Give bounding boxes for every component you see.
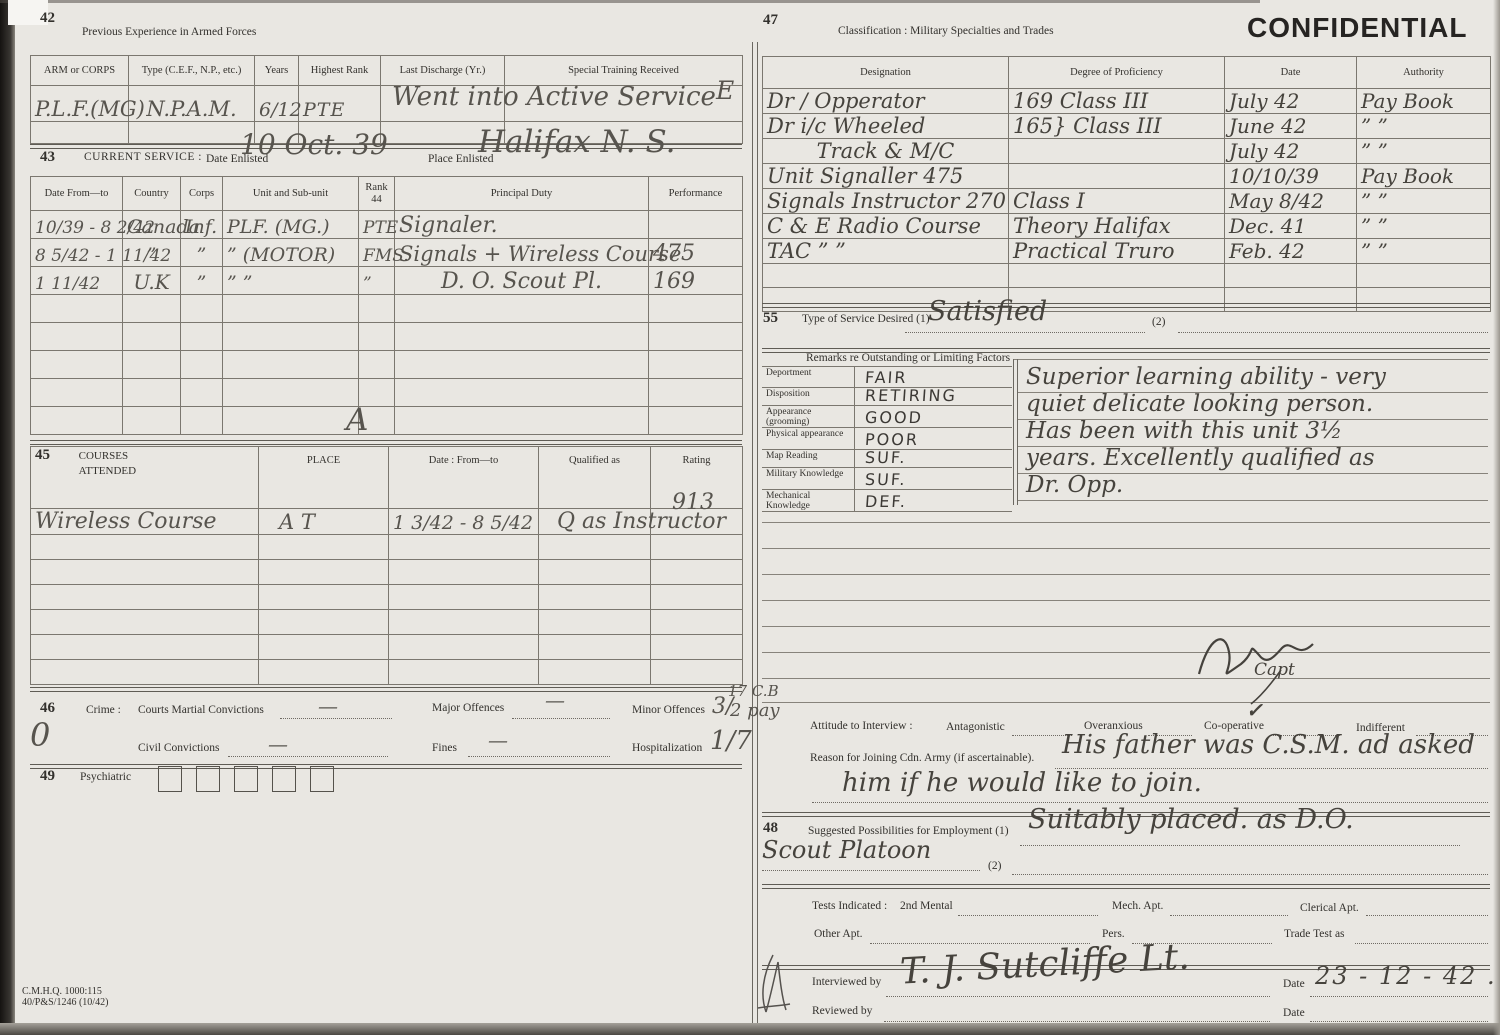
empty-cell — [539, 660, 651, 685]
trade-test-line — [1355, 941, 1488, 944]
handwriting-special-training: Went into Active Service — [392, 82, 716, 112]
cell-place: A T — [259, 509, 389, 535]
empty-cell — [539, 560, 651, 585]
scan-left-edge — [0, 0, 15, 1035]
empty-cell — [31, 635, 259, 660]
empty-cell — [259, 660, 389, 685]
empty-cell — [259, 585, 389, 610]
reviewed-by-line — [884, 1019, 1270, 1022]
mech-apt-label: Mech. Apt. — [1112, 900, 1163, 912]
remarks-row-mechanical-knowledge: Mechanical Knowledge DEF. — [762, 490, 1012, 512]
margin-initials-scribble — [748, 950, 798, 1020]
empty-cell — [31, 660, 259, 685]
cell-designation-6: C & E Radio Course — [763, 214, 1009, 239]
employment-line-2 — [1012, 872, 1488, 875]
minor-offences-label: Minor Offences — [632, 704, 705, 716]
empty-cell — [129, 122, 255, 144]
ruled-line — [762, 600, 1490, 601]
ruled-line — [762, 702, 1490, 703]
cell-arm: P.L.F.(MG) — [31, 86, 129, 122]
form-number-line-1: C.M.H.Q. 1000:115 — [22, 986, 102, 997]
cell-designation-2: Dr i/c Wheeled — [763, 114, 1009, 139]
empty-cell — [395, 379, 649, 407]
header-rank-44: Rank44 — [359, 177, 395, 211]
cell-date-1: 10/39 - 8 2/42 — [31, 211, 123, 239]
ruled-line — [762, 626, 1490, 627]
cell-country-3: U.K — [123, 267, 181, 295]
cell-rank: PTE — [299, 86, 381, 122]
empty-cell — [389, 585, 539, 610]
empty-cell — [649, 351, 743, 379]
cell-proficiency-7: Practical Truro — [1009, 239, 1225, 264]
mech-apt-line — [1170, 913, 1288, 916]
cell-proficiency-3 — [1009, 139, 1225, 164]
scan-top-edge — [0, 0, 1260, 3]
empty-cell — [259, 635, 389, 660]
remarks-row-disposition: Disposition RETIRING — [762, 388, 1012, 406]
empty-cell — [389, 560, 539, 585]
hospitalization-label: Hospitalization — [632, 742, 702, 754]
table-47-row-3: Track & M/C July 42 ” ” — [763, 139, 1491, 164]
form-number-line-2: 40/P&S/1246 (10/42) — [22, 997, 108, 1008]
type-of-service-line-2 — [1178, 330, 1488, 333]
header-place: PLACE — [259, 447, 389, 509]
deportment-value: FAIR — [864, 368, 908, 387]
cell-authority-6: ” ” — [1357, 214, 1491, 239]
attitude-antagonistic: Antagonistic — [946, 721, 1005, 733]
empty-cell — [31, 351, 123, 379]
tests-indicated-label: Tests Indicated : — [812, 900, 887, 912]
table-45-courses: 45 COURSESATTENDED PLACE Date : From—to … — [30, 446, 743, 685]
empty-cell — [539, 535, 651, 560]
psychiatric-checkbox-3 — [234, 766, 258, 792]
scan-bottom-edge — [0, 1023, 1500, 1035]
major-offences-line — [512, 716, 610, 719]
handwriting-employment-1: Suitably placed. as D.O. — [1028, 804, 1354, 835]
header-highest-rank: Highest Rank — [299, 56, 381, 86]
remarks-row-map-reading: Map Reading SUF. — [762, 450, 1012, 468]
mechanical-knowledge-value: DEF. — [864, 492, 907, 511]
cell-country-1: Canada — [123, 211, 181, 239]
table-43-row-3: 1 11/42 U.K ” ” ” ” D. O. Scout Pl. 169 — [31, 267, 743, 295]
header-performance: Performance — [649, 177, 743, 211]
handwriting-crime-zero: 0 — [30, 716, 50, 754]
table-45-empty-row — [31, 585, 743, 610]
signature-rank-capt: Capt — [1254, 660, 1295, 680]
cell-date-3: 1 11/42 — [31, 267, 123, 295]
section-42-number: 42 — [40, 10, 55, 27]
remarks-row-physical: Physical appearance POOR — [762, 428, 1012, 450]
cell-perf-2: 475 — [649, 239, 743, 267]
remarks-underline-5 — [1018, 500, 1488, 501]
table-47-row-5: Signals Instructor 270 Class I May 8/42 … — [763, 189, 1491, 214]
empty-cell — [539, 610, 651, 635]
deportment-label: Deportment — [762, 367, 855, 387]
handwriting-minor-note-2: 2 pay — [730, 700, 780, 721]
table-47-header-row: Designation Degree of Proficiency Date A… — [763, 57, 1491, 89]
table-43-empty-row — [31, 379, 743, 407]
ruled-line — [762, 678, 1490, 679]
empty-cell — [1357, 264, 1491, 288]
handwriting-rating-913: 913 — [672, 490, 714, 515]
empty-cell — [539, 585, 651, 610]
cell-designation-5: Signals Instructor 270 — [763, 189, 1009, 214]
empty-cell — [181, 323, 223, 351]
header-date-from-to: Date From—to — [31, 177, 123, 211]
ruled-line — [762, 548, 1490, 549]
table-43-header-row: Date From—to Country Corps Unit and Sub-… — [31, 177, 743, 211]
empty-cell — [223, 407, 359, 435]
cell-duty-3: D. O. Scout Pl. — [395, 267, 649, 295]
table-43-empty-row — [31, 407, 743, 435]
table-47-specialties: Designation Degree of Proficiency Date A… — [762, 56, 1491, 312]
section-47-number: 47 — [763, 12, 778, 29]
table-47-row-6: C & E Radio Course Theory Halifax Dec. 4… — [763, 214, 1491, 239]
remarks-row-deportment: Deportment FAIR — [762, 367, 1012, 388]
cell-perf-1 — [649, 211, 743, 239]
header-unit-subunit: Unit and Sub-unit — [223, 177, 359, 211]
cell-authority-2: ” ” — [1357, 114, 1491, 139]
cell-qualified: Q as Instructor — [539, 509, 651, 535]
empty-cell — [359, 295, 395, 323]
date-line-2 — [1310, 1019, 1488, 1022]
table-45-empty-row — [31, 660, 743, 685]
employment-line-1 — [1020, 843, 1460, 846]
type-of-service-label-2: (2) — [1152, 316, 1165, 328]
employment-label-2: (2) — [988, 860, 1001, 872]
cooperative-checkmark: ✓ — [1246, 698, 1263, 722]
cell-date-3: July 42 — [1225, 139, 1357, 164]
empty-cell — [223, 379, 359, 407]
section-49-number: 49 — [40, 768, 55, 785]
fines-line — [468, 754, 610, 757]
header-qualified-as: Qualified as — [539, 447, 651, 509]
header-designation: Designation — [763, 57, 1009, 89]
empty-cell — [181, 295, 223, 323]
crime-label: Crime : — [86, 704, 121, 716]
handwriting-annotation-a: A — [346, 402, 368, 438]
cell-date-5: May 8/42 — [1225, 189, 1357, 214]
cell-designation-4: Unit Signaller 475 — [763, 164, 1009, 189]
empty-cell — [123, 351, 181, 379]
table-47-row-1: Dr / Opperator 169 Class III July 42 Pay… — [763, 89, 1491, 114]
empty-cell — [123, 379, 181, 407]
rule-below-43 — [30, 440, 742, 445]
table-43-empty-row — [31, 351, 743, 379]
reviewed-by-label: Reviewed by — [812, 1005, 872, 1017]
cell-proficiency-2: 165} Class III — [1009, 114, 1225, 139]
table-43-current-service: Date From—to Country Corps Unit and Sub-… — [30, 176, 743, 435]
map-reading-value: SUF. — [864, 448, 907, 467]
date-label-2: Date — [1283, 1007, 1305, 1019]
empty-cell — [649, 323, 743, 351]
remarks-text-line-1: Superior learning ability - very — [1026, 364, 1386, 390]
header-special-training: Special Training Received — [505, 56, 743, 86]
table-42-header-row: ARM or CORPS Type (C.E.F., N.P., etc.) Y… — [31, 56, 743, 86]
cell-designation-1: Dr / Opperator — [763, 89, 1009, 114]
fines-label: Fines — [432, 742, 457, 754]
header-arm-or-corps: ARM or CORPS — [31, 56, 129, 86]
empty-cell — [649, 295, 743, 323]
military-knowledge-value: SUF. — [864, 470, 907, 489]
empty-cell — [651, 660, 743, 685]
header-date: Date — [1225, 57, 1357, 89]
handwriting-minor-note-1: 17 C.B — [728, 682, 779, 700]
employment-line-1b — [762, 868, 980, 871]
map-reading-label: Map Reading — [762, 450, 855, 467]
interviewed-by-label: Interviewed by — [812, 976, 881, 988]
empty-cell — [223, 351, 359, 379]
ruled-line — [762, 574, 1490, 575]
table-45-header-row: 45 COURSESATTENDED PLACE Date : From—to … — [31, 447, 743, 509]
remarks-title: Remarks re Outstanding or Limiting Facto… — [806, 352, 1010, 364]
section-45-number: 45 — [35, 447, 50, 463]
remarks-divider-line-2 — [1017, 359, 1018, 505]
empty-cell — [31, 560, 259, 585]
cell-date-4: 10/10/39 — [1225, 164, 1357, 189]
header-type: Type (C.E.F., N.P., etc.) — [129, 56, 255, 86]
empty-cell — [651, 635, 743, 660]
scan-right-edge — [1493, 0, 1500, 1035]
date-label-1: Date — [1283, 978, 1305, 990]
confidential-stamp: CONFIDENTIAL — [1247, 12, 1467, 44]
table-47-empty-row — [763, 264, 1491, 288]
cell-perf-3: 169 — [649, 267, 743, 295]
table-45-empty-row — [31, 560, 743, 585]
empty-cell — [651, 585, 743, 610]
empty-cell — [31, 407, 123, 435]
cell-date-2: June 42 — [1225, 114, 1357, 139]
empty-cell — [359, 323, 395, 351]
table-43-row-2: 8 5/42 - 1 11/42 ” ” ” (MOTOR) FMS. Sign… — [31, 239, 743, 267]
empty-cell — [389, 535, 539, 560]
table-45-empty-row — [31, 635, 743, 660]
other-apt-label: Other Apt. — [814, 928, 863, 940]
remarks-text-line-2: quiet delicate looking person. — [1026, 391, 1373, 417]
cell-authority-3: ” ” — [1357, 139, 1491, 164]
date-line-1 — [1310, 994, 1488, 997]
empty-cell — [395, 351, 649, 379]
cell-date-1: July 42 — [1225, 89, 1357, 114]
handwriting-place-enlisted: Halifax N. S. — [478, 124, 675, 160]
cell-corps-2: ” — [181, 239, 223, 267]
empty-cell — [123, 295, 181, 323]
page-divider-line-1 — [752, 42, 753, 1023]
empty-cell — [651, 560, 743, 585]
appearance-label: Appearance (grooming) — [762, 406, 855, 427]
header-authority: Authority — [1357, 57, 1491, 89]
section-46-number: 46 — [40, 700, 55, 717]
clerical-apt-label: Clerical Apt. — [1300, 902, 1359, 914]
handwriting-interviewer-signature: T. J. Sutcliffe Lt. — [899, 936, 1190, 992]
cell-authority-4: Pay Book — [1357, 164, 1491, 189]
handwriting-fines-dash: — — [488, 728, 508, 752]
courts-martial-label: Courts Martial Convictions — [138, 704, 264, 716]
rule-below-48 — [762, 884, 1490, 889]
psychiatric-label: Psychiatric — [80, 771, 131, 783]
handwriting-courts-dash: — — [318, 694, 338, 718]
table-45-row-1: Wireless Course A T 1 3/42 - 8 5/42 Q as… — [31, 509, 743, 535]
empty-cell — [181, 379, 223, 407]
cell-proficiency-5: Class I — [1009, 189, 1225, 214]
remarks-text-line-5: Dr. Opp. — [1026, 472, 1123, 498]
trade-test-label: Trade Test as — [1284, 928, 1345, 940]
empty-cell — [389, 660, 539, 685]
psychiatric-checkbox-4 — [272, 766, 296, 792]
empty-cell — [359, 351, 395, 379]
section-42-title: Previous Experience in Armed Forces — [82, 26, 256, 38]
empty-cell — [181, 351, 223, 379]
empty-cell — [123, 323, 181, 351]
remarks-divider-line-1 — [1013, 359, 1014, 505]
section-55-number: 55 — [763, 310, 778, 327]
header-corps: Corps — [181, 177, 223, 211]
rule-below-47 — [762, 303, 1490, 308]
remarks-rating-table: Deportment FAIR Disposition RETIRING App… — [762, 366, 1012, 512]
section-45-title: COURSESATTENDED — [79, 447, 136, 479]
cell-rank-2: FMS. — [359, 239, 395, 267]
empty-cell — [31, 295, 123, 323]
table-47-row-7: TAC ” ” Practical Truro Feb. 42 ” ” — [763, 239, 1491, 264]
military-knowledge-label: Military Knowledge — [762, 468, 855, 489]
mechanical-knowledge-label: Mechanical Knowledge — [762, 490, 855, 511]
handwriting-date-enlisted: 10 Oct. 39 — [240, 128, 388, 161]
cell-proficiency-1: 169 Class III — [1009, 89, 1225, 114]
empty-cell — [649, 379, 743, 407]
empty-cell — [259, 535, 389, 560]
ruled-line — [762, 522, 1490, 523]
physical-appearance-label: Physical appearance — [762, 428, 855, 449]
section-47-title: Classification : Military Specialties an… — [838, 25, 1054, 37]
empty-cell — [649, 407, 743, 435]
cell-proficiency-4 — [1009, 164, 1225, 189]
empty-cell — [1009, 264, 1225, 288]
header-course-date: Date : From—to — [389, 447, 539, 509]
empty-cell — [763, 264, 1009, 288]
psychiatric-checkbox-5 — [310, 766, 334, 792]
header-courses-attended: 45 COURSESATTENDED — [31, 447, 259, 509]
rule-below-46 — [30, 764, 742, 769]
handwriting-hospitalization-value: 1/7 — [710, 726, 752, 756]
cell-authority-5: ” ” — [1357, 189, 1491, 214]
cell-type: N.P.A.M. — [129, 86, 255, 122]
remarks-text-line-3: Has been with this unit 3½ — [1026, 418, 1342, 444]
table-47-row-2: Dr i/c Wheeled 165} Class III June 42 ” … — [763, 114, 1491, 139]
psychiatric-checkbox-1 — [158, 766, 182, 792]
rule-below-45 — [30, 687, 742, 692]
section-43-number: 43 — [40, 149, 55, 166]
reason-underline-2 — [812, 800, 1488, 803]
cell-unit-1: PLF. (MG.) — [223, 211, 359, 239]
remarks-row-military-knowledge: Military Knowledge SUF. — [762, 468, 1012, 490]
psychiatric-checkbox-2 — [196, 766, 220, 792]
remarks-title-line — [1013, 359, 1488, 360]
cell-unit-3: ” ” — [223, 267, 359, 295]
empty-cell — [31, 610, 259, 635]
type-of-service-line-1 — [905, 330, 1145, 333]
major-offences-label: Major Offences — [432, 702, 504, 714]
empty-cell — [395, 295, 649, 323]
disposition-value: RETIRING — [864, 386, 957, 405]
table-45-empty-row — [31, 535, 743, 560]
empty-cell — [223, 323, 359, 351]
section-43-title: CURRENT SERVICE : — [84, 151, 202, 163]
table-43-empty-row — [31, 295, 743, 323]
table-47-row-4: Unit Signaller 475 10/10/39 Pay Book — [763, 164, 1491, 189]
civil-convictions-label: Civil Convictions — [138, 742, 219, 754]
cell-designation-7: TAC ” ” — [763, 239, 1009, 264]
handwriting-margin-mark-e: E — [716, 76, 734, 105]
empty-cell — [651, 535, 743, 560]
empty-cell — [181, 407, 223, 435]
empty-cell — [31, 379, 123, 407]
empty-cell — [395, 407, 649, 435]
section-48-number: 48 — [763, 820, 778, 837]
header-last-discharge: Last Discharge (Yr.) — [381, 56, 505, 86]
second-mental-label: 2nd Mental — [900, 900, 953, 912]
handwriting-reason-line-1: His father was C.S.M. ad asked — [1062, 730, 1475, 760]
cell-unit-2: ” (MOTOR) — [223, 239, 359, 267]
interviewed-by-line — [886, 994, 1270, 997]
table-43-empty-row — [31, 323, 743, 351]
empty-cell — [395, 323, 649, 351]
empty-cell — [389, 610, 539, 635]
cell-corps-1: Inf. — [181, 211, 223, 239]
pers-label: Pers. — [1102, 928, 1125, 940]
table-45-empty-row — [31, 610, 743, 635]
disposition-label: Disposition — [762, 388, 855, 405]
cell-duty-2: Signals + Wireless Course — [395, 239, 649, 267]
header-country: Country — [123, 177, 181, 211]
remarks-text-line-4: years. Excellently qualified as — [1026, 445, 1375, 471]
cell-rank-3: ” — [359, 267, 395, 295]
handwriting-civil-dash: — — [268, 732, 288, 756]
attitude-label: Attitude to Interview : — [810, 720, 913, 732]
empty-cell — [31, 323, 123, 351]
cell-corps-3: ” — [181, 267, 223, 295]
second-mental-line — [958, 913, 1098, 916]
cell-proficiency-6: Theory Halifax — [1009, 214, 1225, 239]
cell-date-6: Dec. 41 — [1225, 214, 1357, 239]
handwriting-reason-line-2: him if he would like to join. — [842, 768, 1202, 798]
empty-cell — [259, 610, 389, 635]
cell-course: Wireless Course — [31, 509, 259, 535]
cell-rank-1: PTE — [359, 211, 395, 239]
empty-cell — [259, 560, 389, 585]
cell-course-date: 1 3/42 - 8 5/42 — [389, 509, 539, 535]
cell-years: 6/12 — [255, 86, 299, 122]
type-of-service-label: Type of Service Desired (1) — [802, 313, 930, 325]
empty-cell — [31, 585, 259, 610]
header-principal-duty: Principal Duty — [395, 177, 649, 211]
remarks-row-appearance: Appearance (grooming) GOOD — [762, 406, 1012, 428]
table-43-row-1: 10/39 - 8 2/42 Canada Inf. PLF. (MG.) PT… — [31, 211, 743, 239]
appearance-value: GOOD — [864, 408, 923, 427]
empty-cell — [31, 535, 259, 560]
clerical-apt-line — [1366, 913, 1488, 916]
cell-authority-7: ” ” — [1357, 239, 1491, 264]
scanned-form-page: 42 Previous Experience in Armed Forces A… — [0, 0, 1500, 1035]
empty-cell — [1225, 264, 1357, 288]
empty-cell — [389, 635, 539, 660]
page-divider-line-2 — [757, 42, 758, 1023]
handwriting-major-dash: — — [545, 688, 565, 712]
empty-cell — [223, 295, 359, 323]
empty-cell — [31, 122, 129, 144]
cell-date-2: 8 5/42 - 1 11/42 — [31, 239, 123, 267]
header-proficiency: Degree of Proficiency — [1009, 57, 1225, 89]
cell-date-7: Feb. 42 — [1225, 239, 1357, 264]
